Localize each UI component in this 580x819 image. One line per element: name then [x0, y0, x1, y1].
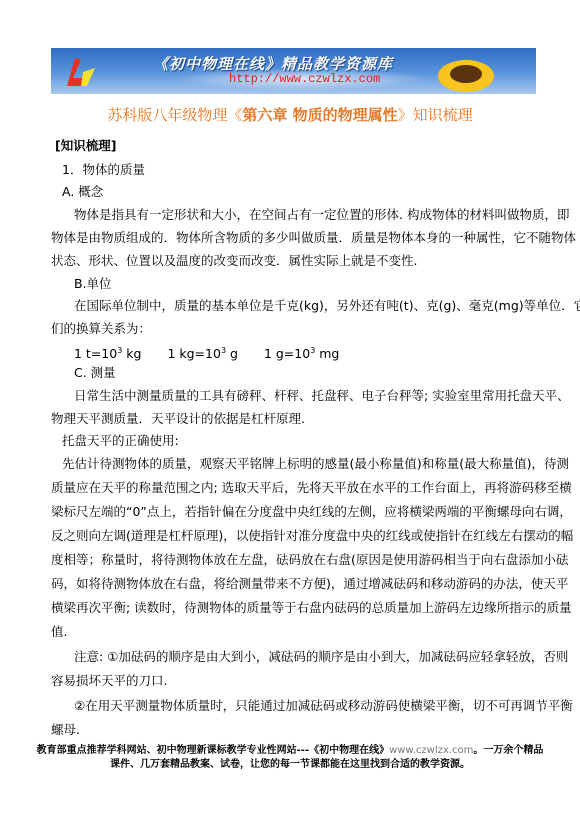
paragraph-line: 物理天平测质量．天平设计的依据是杠杆原理. — [51, 410, 305, 428]
paragraph-line: 物体是指具有一定形状和大小，在空间占有一定位置的形体. 构成物体的材料叫做物质，… — [74, 206, 569, 224]
conversion-ton: 1 t=103 kg — [74, 346, 141, 361]
note-line: ②在用天平测量物体质量时，只能通过加减砝码或移动游码使横梁平衡，切不可再调节平衡 — [74, 697, 573, 715]
conversion-kg: 1 kg=103 g — [167, 346, 238, 361]
paragraph-line: 码，如将待测物体放在右盘，将给测量带来不方便)，通过增减砝码和移动游码的办法，使… — [51, 575, 568, 593]
note-line: 螺母. — [51, 721, 80, 739]
note-line: 容易损坏天平的刀口. — [51, 672, 167, 690]
sunflower-icon — [436, 56, 496, 94]
sub-heading-unit: B.单位 — [74, 275, 112, 293]
paragraph-line: 度相等；称量时，将待测物体放在左盘，砝码放在右盘(原因是使用游码相当于向右盘添加… — [51, 551, 568, 569]
paragraph-line: 反之则向左调(道理是杠杆原理)，以使指针对准分度盘中央的红线或使指针在红线左右摆… — [51, 527, 573, 545]
footer-line-1: 教育部重点推荐学科网站、初中物理新课标教学专业性网站---《初中物理在线》www… — [0, 741, 580, 756]
section-heading: [知识梳理] — [55, 137, 116, 155]
footer-line-2: 课件、几万套精品教案、试卷，让您的每一节课都能在这里找到合适的教学资源。 — [0, 755, 580, 770]
unit-conversions: 1 t=103 kg 1 kg=103 g 1 g=103 mg — [74, 342, 339, 363]
banner-title: 《初中物理在线》精品教学资源库 — [153, 53, 393, 74]
document-title: 苏科版八年级物理《第六章 物质的物理属性》知识梳理 — [0, 104, 580, 125]
paragraph-line: 先估计待测物体的质量，观察天平铭牌上标明的感量(最小称量值)和称量(最大称量值)… — [62, 455, 569, 473]
paragraph-line: 质量应在天平的称量范围之内; 选取天平后，先将天平放在水平的工作台面上，再将游码… — [51, 479, 572, 497]
conversion-g: 1 g=103 mg — [264, 346, 339, 361]
paragraph-line: 日常生活中测量质量的工具有磅秤、杆秤、托盘秤、电子台秤等; 实验室里常用托盘天平… — [74, 387, 570, 405]
site-logo-icon — [61, 56, 101, 90]
paragraph-line: 梁标尺左端的“0”点上，若指针偏在分度盘中央红线的左侧，应将横梁两端的平衡螺母向… — [51, 503, 572, 521]
paragraph-line: 们的换算关系为： — [51, 320, 151, 338]
paragraph-line: 值. — [51, 623, 67, 641]
item-heading-mass: 1．物体的质量 — [62, 161, 145, 179]
paragraph-line: 状态、形状、位置以及温度的改变而改变．属性实际上就是不变性. — [51, 252, 417, 270]
sub-heading-measurement: C. 测量 — [74, 364, 116, 382]
site-banner: 《初中物理在线》精品教学资源库 http://www.czwlzx.com — [51, 48, 536, 94]
note-line: 注意: ①加砝码的顺序是由大到小，减砝码的顺序是由小到大，加减砝码应轻拿轻放，否… — [74, 648, 568, 666]
paragraph-line: 在国际单位制中，质量的基本单位是千克(kg)，另外还有吨(t)、克(g)、毫克(… — [74, 297, 580, 315]
paragraph-line: 横梁再次平衡; 读数时，待测物体的质量等于右盘内砝码的总质量加上游码左边缘所指示… — [51, 599, 572, 617]
paragraph-line: 物体是由物质组成的．物体所含物质的多少叫做质量．质量是物体本身的一种属性，它不随… — [51, 229, 576, 247]
banner-url: http://www.czwlzx.com — [229, 72, 380, 86]
sub-heading-concept: A. 概念 — [62, 183, 103, 201]
balance-usage-heading: 托盘天平的正确使用: — [62, 432, 179, 450]
